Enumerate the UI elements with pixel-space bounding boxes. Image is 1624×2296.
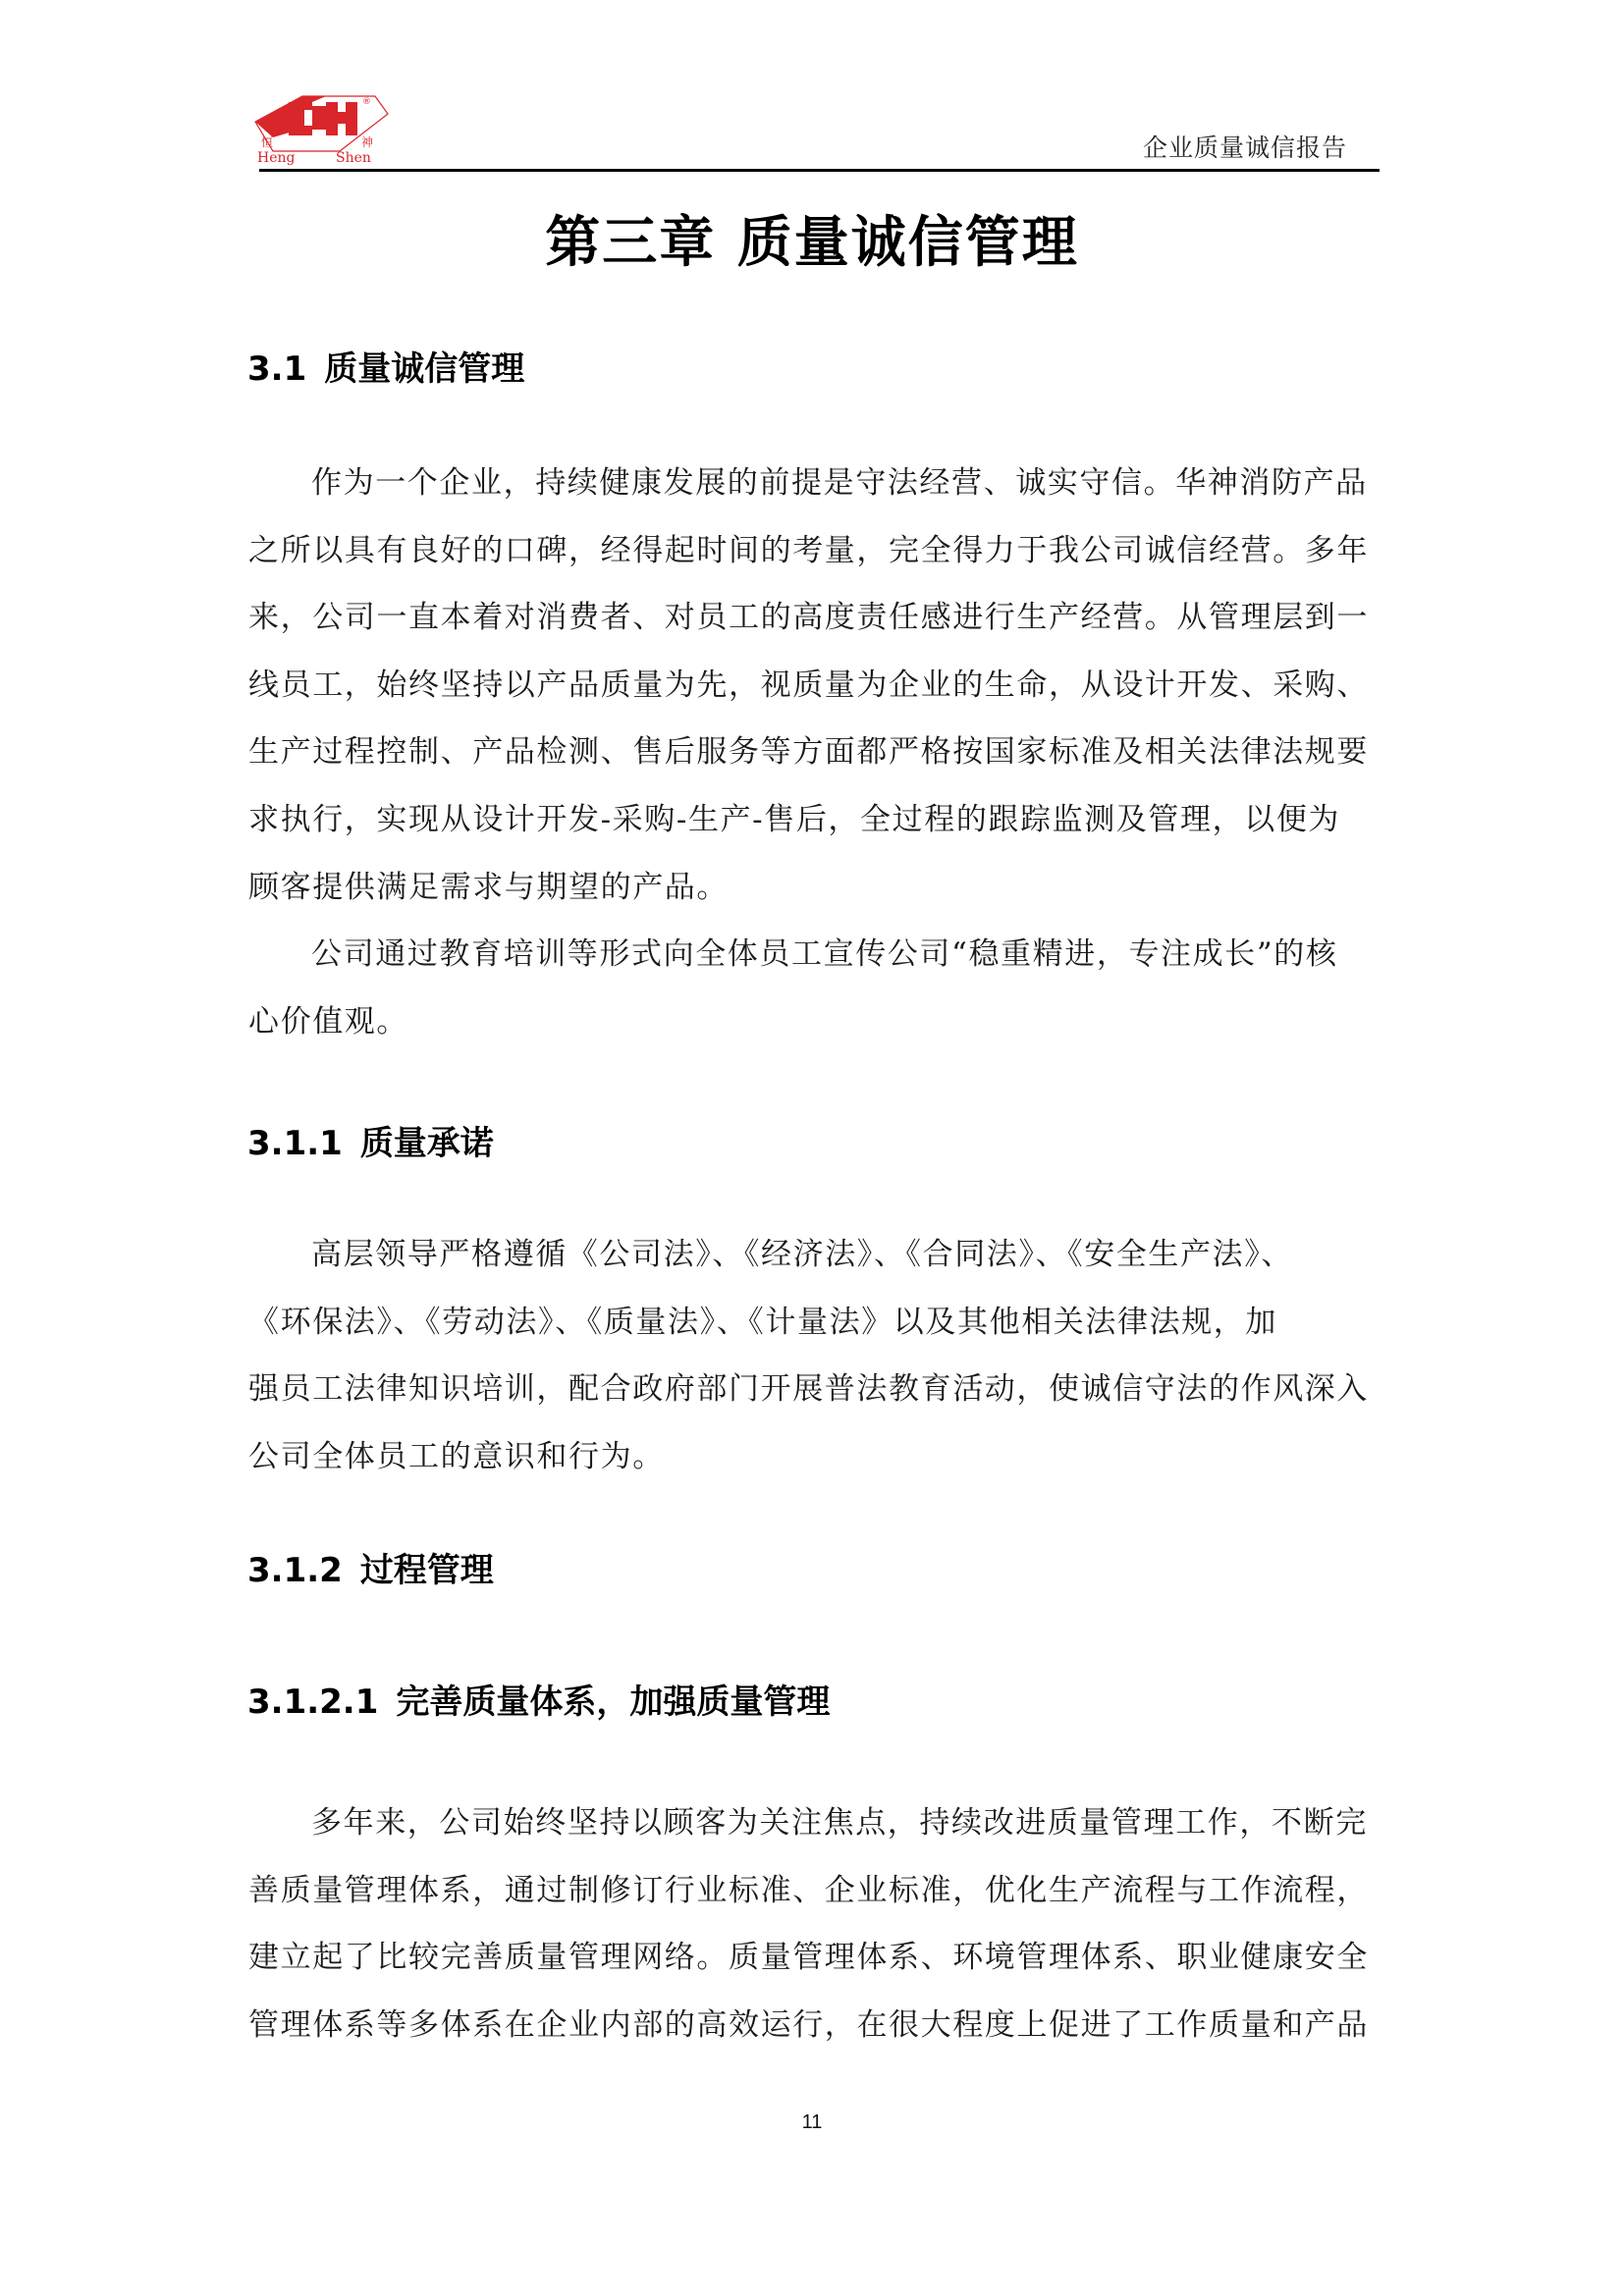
section-title: 质量承诺 — [360, 1124, 494, 1163]
text-line: 高层领导严格遵循《公司法》、《经济法》、《合同法》、《安全生产法》、 — [248, 1221, 1378, 1289]
section-heading-3-1-2: 3.1.2过程管理 — [247, 1549, 494, 1592]
text-line: 《环保法》、《劳动法》、《质量法》、《计量法》以及其他相关法律法规，加 — [248, 1289, 1378, 1357]
section-title: 质量诚信管理 — [324, 349, 524, 389]
company-logo: ® 恒 神 Heng Shen — [253, 92, 391, 167]
text-line: 建立起了比较完善质量管理网络。质量管理体系、环境管理体系、职业健康安全 — [248, 1924, 1378, 1992]
svg-text:®: ® — [362, 97, 371, 107]
text-line: 心价值观。 — [248, 988, 1378, 1056]
section-title: 过程管理 — [360, 1551, 494, 1590]
section-number: 3.1.1 — [247, 1124, 343, 1163]
text-line: 生产过程控制、产品检测、售后服务等方面都严格按国家标准及相关法律法规要 — [248, 719, 1378, 786]
text-line: 多年来，公司始终坚持以顾客为关注焦点，持续改进质量管理工作，不断完 — [248, 1789, 1378, 1857]
report-header-title: 企业质量诚信报告 — [1129, 133, 1347, 163]
section-heading-3-1: 3.1质量诚信管理 — [247, 347, 524, 391]
chapter-title: 第三章 质量诚信管理 — [0, 210, 1624, 277]
svg-text:神: 神 — [361, 134, 373, 149]
svg-text:Heng: Heng — [257, 150, 296, 166]
page-number: 11 — [0, 2110, 1624, 2134]
section-heading-3-1-2-1: 3.1.2.1完善质量体系，加强质量管理 — [247, 1681, 830, 1724]
section-number: 3.1.2.1 — [247, 1682, 378, 1722]
paragraph-core-values: 公司通过教育培训等形式向全体员工宣传公司“稳重精进，专注成长”的核 心价值观。 — [248, 921, 1378, 1055]
paragraph-integrity-intro: 作为一个企业，持续健康发展的前提是守法经营、诚实守信。华神消防产品 之所以具有良… — [248, 450, 1378, 921]
section-number: 3.1 — [247, 349, 306, 389]
section-heading-3-1-1: 3.1.1质量承诺 — [247, 1122, 494, 1165]
text-line: 善质量管理体系，通过制修订行业标准、企业标准，优化生产流程与工作流程， — [248, 1857, 1378, 1925]
text-line: 线员工，始终坚持以产品质量为先，视质量为企业的生命，从设计开发、采购、 — [248, 652, 1378, 720]
paragraph-quality-commitment: 高层领导严格遵循《公司法》、《经济法》、《合同法》、《安全生产法》、 《环保法》… — [248, 1221, 1378, 1490]
svg-text:Shen: Shen — [336, 150, 371, 166]
header-divider — [259, 169, 1380, 172]
section-title: 完善质量体系，加强质量管理 — [396, 1682, 830, 1722]
hengshen-logo-icon: ® 恒 神 Heng Shen — [253, 92, 391, 167]
paragraph-quality-system: 多年来，公司始终坚持以顾客为关注焦点，持续改进质量管理工作，不断完 善质量管理体… — [248, 1789, 1378, 2058]
text-line: 求执行，实现从设计开发-采购-生产-售后，全过程的跟踪监测及管理，以便为 — [248, 786, 1378, 854]
text-line: 之所以具有良好的口碑，经得起时间的考量，完全得力于我公司诚信经营。多年 — [248, 517, 1378, 585]
text-line: 顾客提供满足需求与期望的产品。 — [248, 854, 1378, 922]
svg-text:恒: 恒 — [261, 134, 273, 149]
text-line: 管理体系等多体系在企业内部的高效运行，在很大程度上促进了工作质量和产品 — [248, 1992, 1378, 2059]
text-line: 公司全体员工的意识和行为。 — [248, 1423, 1378, 1491]
text-line: 来，公司一直本着对消费者、对员工的高度责任感进行生产经营。从管理层到一 — [248, 584, 1378, 652]
text-line: 作为一个企业，持续健康发展的前提是守法经营、诚实守信。华神消防产品 — [248, 450, 1378, 517]
text-line: 强员工法律知识培训，配合政府部门开展普法教育活动，使诚信守法的作风深入 — [248, 1356, 1378, 1423]
section-number: 3.1.2 — [247, 1551, 343, 1590]
text-line: 公司通过教育培训等形式向全体员工宣传公司“稳重精进，专注成长”的核 — [248, 921, 1378, 988]
